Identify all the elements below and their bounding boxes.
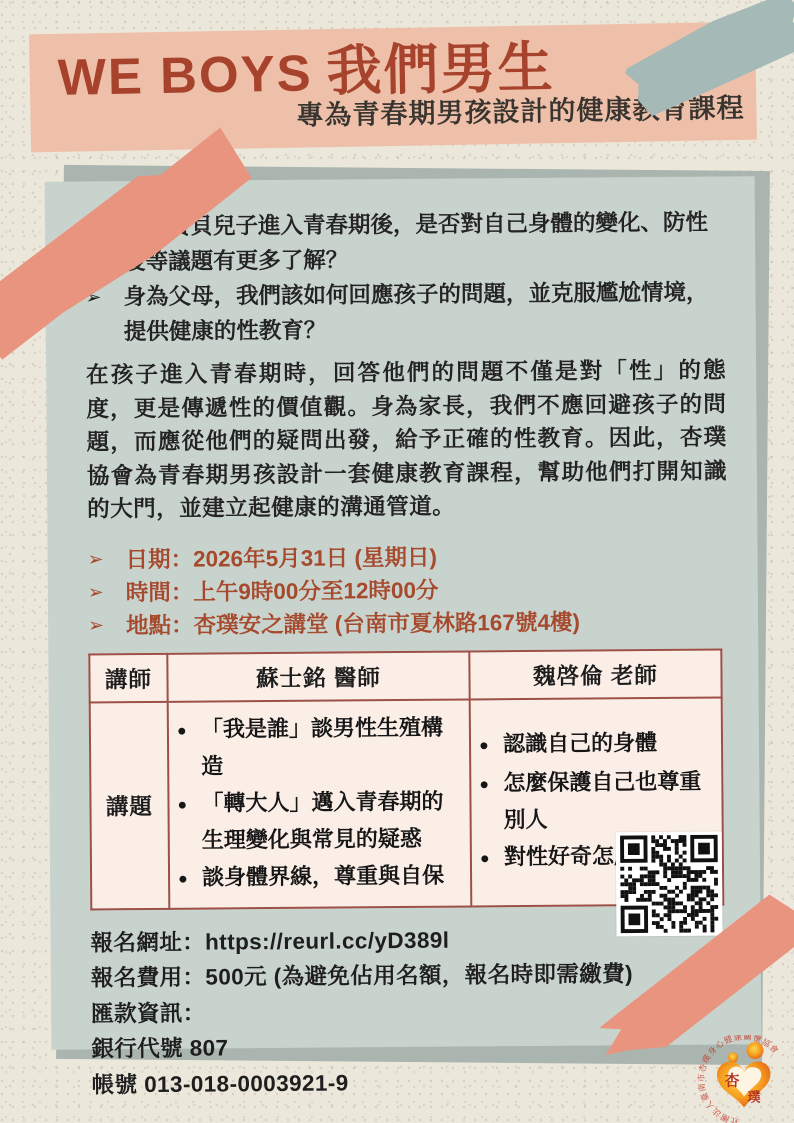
dot-bullet-icon: ● [480,838,504,877]
event-detail-label: 時間： [126,575,194,609]
registration-label: 報名費用： [91,965,206,991]
arrow-bullet-icon: ➢ [87,543,125,576]
topic-item: ● 「轉大人」邁入青春期的生理變化與常見的疑惑 [177,782,464,858]
event-detail-value: 杏璞安之講堂 (台南市夏林路167號4樓) [193,605,580,641]
poster-page: { "banner": { "title_en": "WE BOYS", "ti… [0,0,794,1123]
qr-code [616,832,723,937]
registration-value: 013-018-0003921-9 [144,1070,349,1097]
registration-value: https://reurl.cc/yD389l [205,927,449,954]
intro-paragraph: 在孩子進入青春期時，回答他們的問題不僅是對「性」的態度，更是傳遞性的價值觀。身為… [86,353,727,526]
event-detail-value: 2026年5月31日 (星期日) [193,540,437,575]
topic-text: 「我是誰」談男性生殖構造 [201,708,464,784]
dot-bullet-icon: ● [479,725,503,764]
topic-item: ● 認識自己的身體 [479,724,715,765]
registration-value: 500元 (為避免佔用名額，報名時即需繳費) [205,961,633,989]
registration-fee: 報名費用：500元 (為避免佔用名額，報名時即需繳費) [91,955,731,996]
registration-label: 帳號 [92,1072,145,1097]
topic-item: ● 怎麼保護自己也尊重別人 [479,763,716,839]
dot-bullet-icon: ● [479,764,504,838]
registration-label: 報名網址： [90,929,205,955]
intro-bullet-text: 身為父母，我們該如何回應孩子的問題，並克服尷尬情境，提供健康的性教育？ [123,274,726,349]
topic-item: ● 談身體界線，尊重與自保 [178,856,464,897]
dot-bullet-icon: ● [177,710,202,784]
association-logo: 杏 璞 社團法人臺南市杏璞身心健康關懷協會 [692,1035,794,1123]
intro-bullet-item: ➢ 身為父母，我們該如何回應孩子的問題，並克服尷尬情境，提供健康的性教育？ [85,274,726,349]
poster-title-en: WE BOYS [57,44,313,105]
event-detail-date: ➢ 日期： 2026年5月31日 (星期日) [87,538,727,576]
content-card: ➢ 家中寶貝兒子進入青春期後，是否對自己身體的變化、防性侵等議題有更多了解？ ➢… [45,176,762,1050]
dot-bullet-icon: ● [178,858,202,897]
table-row-label: 講題 [90,701,170,909]
topic-text: 認識自己的身體 [503,724,657,764]
topic-text: 「轉大人」邁入青春期的生理變化與常見的疑惑 [201,782,464,858]
logo-char-pu: 璞 [747,1090,760,1105]
lecturer-1-topics: ● 「我是誰」談男性生殖構造 ● 「轉大人」邁入青春期的生理變化與常見的疑惑 ●… [168,699,472,908]
account-number: 帳號 013-018-0003921-9 [92,1062,732,1103]
arrow-bullet-icon: ➢ [88,576,126,609]
event-detail-value: 上午9時00分至12時00分 [193,573,438,608]
intro-bullet-text: 家中寶貝兒子進入青春期後，是否對自己身體的變化、防性侵等議題有更多了解？ [123,204,726,279]
lecturer-1-name: 蘇士銘 醫師 [167,651,469,701]
registration-label: 匯款資訊： [91,1000,206,1026]
event-detail-label: 日期： [125,542,193,576]
lecturer-2-name: 魏啓倫 老師 [469,649,721,699]
dot-bullet-icon: ● [177,784,202,858]
event-detail-time: ➢ 時間： 上午9時00分至12時00分 [88,571,728,609]
topic-text: 談身體界線，尊重與自保 [202,856,444,897]
topic-text: 怎麼保護自己也尊重別人 [503,763,716,839]
logo-char-xing: 杏 [724,1072,739,1090]
table-row-lecturers: 講師 蘇士銘 醫師 魏啓倫 老師 [89,649,721,702]
arrow-bullet-icon: ➢ [88,609,126,642]
topic-item: ● 「我是誰」談男性生殖構造 [177,708,464,784]
event-detail-label: 地點： [126,608,194,642]
logo-heart: 杏 璞 [717,1042,770,1108]
event-details-list: ➢ 日期： 2026年5月31日 (星期日) ➢ 時間： 上午9時00分至12時… [87,538,728,642]
table-corner-label: 講師 [89,653,167,702]
registration-label: 銀行代號 [91,1036,189,1062]
registration-value: 807 [190,1035,229,1060]
event-detail-location: ➢ 地點： 杏璞安之講堂 (台南市夏林路167號4樓) [88,604,728,642]
